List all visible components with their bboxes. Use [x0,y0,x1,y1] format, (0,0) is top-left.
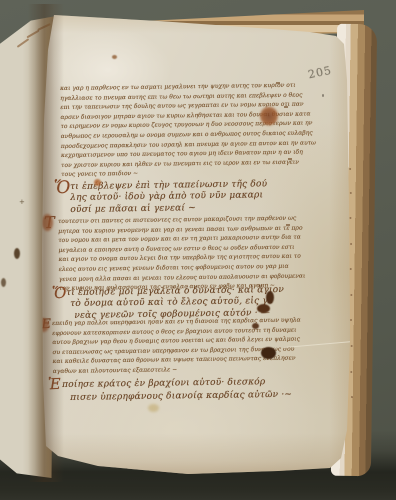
wormhole-dot [349,168,351,170]
ink-stain [257,304,270,313]
ink-stain [261,347,276,359]
marginal-tick [288,158,292,160]
wormhole-dot [351,396,353,398]
pencil-dot [322,94,324,97]
margin-cross-mark: + [19,198,25,206]
ink-stain [14,248,20,259]
ink-stain [266,291,274,304]
wormhole-dot [351,345,353,347]
ink-stain [252,323,259,329]
wormhole-dot [349,217,351,219]
lemma-block: ποίησε κράτος ἐν βραχίονι αὐτοῦ· διεσκόρ… [62,376,292,405]
wormhole-dot [350,243,352,245]
scholia-block: και γαρ η παρθενος εν τω ασματι μεγαλυνε… [60,80,316,179]
marginal-tick [276,82,280,84]
ink-stain [94,179,101,186]
wormhole-dot [350,192,352,194]
marginal-tick [286,224,290,226]
wormhole-dot [350,294,352,296]
paper-stain [148,404,159,412]
wormhole-dot [350,319,352,321]
manuscript-photo: 205 και γαρ η παρθενος εν τω ασματι μεγα… [0,0,396,500]
scholia-block: επειδη γαρ πολλοι υπερηφανοι ησαν και εν… [52,316,301,377]
manuscript-page: 205 και γαρ η παρθενος εν τω ασματι μεγα… [38,10,358,480]
gutter-shadow [28,4,64,482]
marginal-tick [284,106,288,108]
scholia-block: τουτεστιν οτι παντες οι πιστευοντες εις … [58,214,306,294]
ink-stain [1,278,6,287]
wormhole-dot [350,371,352,373]
ink-stain [260,106,278,126]
wormhole-dot [350,268,352,270]
ink-stain [112,55,117,59]
